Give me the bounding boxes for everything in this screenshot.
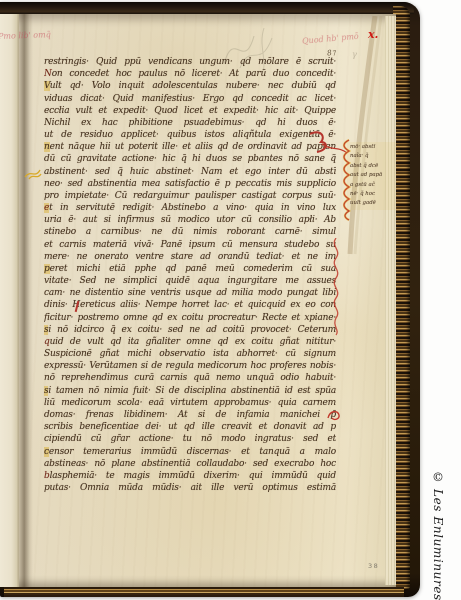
manuscript-text-line: Non concedet hoc paulus nō liceret· At p… bbox=[44, 68, 336, 80]
manuscript-text-line: pro impietate· Cū redarguimur paulisper … bbox=[44, 190, 336, 202]
manuscript-text-line: cipiendū cū gr̃ar actione· tu nō modo in… bbox=[44, 433, 336, 445]
quire-number-rubric: x. bbox=[368, 28, 378, 41]
margin-gloss: mō· abstīnaĩa· q̃abst q̃ dcēaut ad papāa… bbox=[347, 142, 396, 210]
manuscript-text-block: restringis· Quid ppū vendicans ungum· qd… bbox=[44, 56, 336, 494]
manuscript-text-line: quid de vult qd ita gñaliter omne qd ex … bbox=[44, 336, 336, 348]
manuscript-text-line: et in servitutē redigit· Abstinebo a vin… bbox=[44, 202, 336, 214]
margin-gloss-line: uult gadē bbox=[350, 199, 396, 208]
manuscript-text-line: uria ē· aut si infirmus sū modico utor c… bbox=[44, 214, 336, 226]
manuscript-text-line: cam· ne distentio sine ventris usque ad … bbox=[44, 287, 336, 299]
manuscript-text-line: scribis beneficentiae dei· ut qd ille cr… bbox=[44, 421, 336, 433]
manuscript-text-line: dinis· Hereticus aliis· Nempe horret lac… bbox=[44, 299, 336, 311]
manuscript-text-line: ut de residuo applicet· quibus istos ali… bbox=[44, 129, 336, 141]
manuscript-text-line: si nō idcirco q̃ ex coitu· sed ne ad coi… bbox=[44, 324, 336, 336]
margin-gloss-line: a gstū ac̃ bbox=[350, 181, 396, 190]
manuscript-text-line: domas· frenas libidinem· At si de infami… bbox=[44, 409, 336, 421]
manuscript-text-line: Suspicionē gñat michi observatio ista ab… bbox=[44, 348, 336, 360]
rubric-nota-mark bbox=[326, 408, 343, 423]
manuscript-text-line: et carnis materiā vivā· Panē ipsum cū me… bbox=[44, 239, 336, 251]
margin-gloss-line: mō· abstī bbox=[350, 143, 396, 152]
margin-gloss-line: nē· q̃ hoc bbox=[350, 190, 396, 199]
manuscript-text-line: viduas dicat· Quid manifestius· Ergo qd … bbox=[44, 93, 336, 105]
manuscript-text-line: si tamen nō nimia fuit· Si de disciplina… bbox=[44, 385, 336, 397]
manuscript-text-line: stinebo a carnibus· ne dū nimis roborant… bbox=[44, 226, 336, 238]
photo-of-manuscript: Pmo lib' omq̃ Quod hb' pmō x. 8⁊ γ restr… bbox=[0, 0, 461, 600]
rubric-wavy-bracket bbox=[330, 238, 342, 336]
margin-gloss-line: aut ad papā bbox=[350, 171, 396, 180]
manuscript-text-line: expressū· Verūtamen si de regula medicor… bbox=[44, 360, 336, 372]
faint-pen-mark: γ bbox=[352, 50, 357, 59]
manuscript-text-line: neo· sed abstinentia mea satisfactio ē p… bbox=[44, 178, 336, 190]
manuscript-text-line: restringis· Quid ppū vendicans ungum· qd… bbox=[44, 56, 336, 68]
manuscript-text-line: dū cū gravitate actione· hic q̃ hi duos … bbox=[44, 153, 336, 165]
manuscript-text-line: peret michi etiā pphe qd panē meū comede… bbox=[44, 263, 336, 275]
manuscript-text-line: censor temerarius immūdū discernas· et t… bbox=[44, 446, 336, 458]
copyright-credit: © Les Enluminures bbox=[431, 470, 445, 598]
folio-number-pencil: 38 bbox=[368, 562, 379, 570]
margin-gloss-line: abst q̃ dcē bbox=[350, 162, 396, 171]
manuscript-text-line: nent nāque hii ut poterit ille· et aliis… bbox=[44, 141, 336, 153]
manuscript-text-line: mere· ne onerato ventre stare ad orandū … bbox=[44, 251, 336, 263]
margin-gloss-line: naĩa· q̃ bbox=[350, 152, 396, 161]
manuscript-text-line: abstinent· sed q̃ huic abstinet· Nam et … bbox=[44, 166, 336, 178]
yellow-margin-curl bbox=[23, 165, 43, 183]
manuscript-text-line: nō reprehendimus curā carnis quā nemo un… bbox=[44, 372, 336, 384]
manuscript-text-line: eccłia vult et expedit· Quod licet et ex… bbox=[44, 105, 336, 117]
gilt-fore-edge-bottom bbox=[4, 587, 404, 597]
manuscript-text-line: liū medicorum scola· eaā virtutem approb… bbox=[44, 397, 336, 409]
manuscript-text-line: ficitur· postremo omne qd ex coitu procr… bbox=[44, 312, 336, 324]
manuscript-text-line: Vult qd· Volo inquit adolescentulas nube… bbox=[44, 80, 336, 92]
manuscript-text-line: abstineas· nō plane abstinentiā collauda… bbox=[44, 458, 336, 470]
binding-top-edge bbox=[0, 2, 414, 14]
manuscript-text-line: putas· Omnia mūda mūdis· ait ille verū o… bbox=[44, 482, 336, 494]
manuscript-text-line: Nichil ex hac phibitione psuadebimus· qd… bbox=[44, 117, 336, 129]
manuscript-text-line: blasphemiā· te magis immūdū dixerim· qui… bbox=[44, 470, 336, 482]
manuscript-text-line: vitate· Sed ne simplici quidē aqua ingur… bbox=[44, 275, 336, 287]
